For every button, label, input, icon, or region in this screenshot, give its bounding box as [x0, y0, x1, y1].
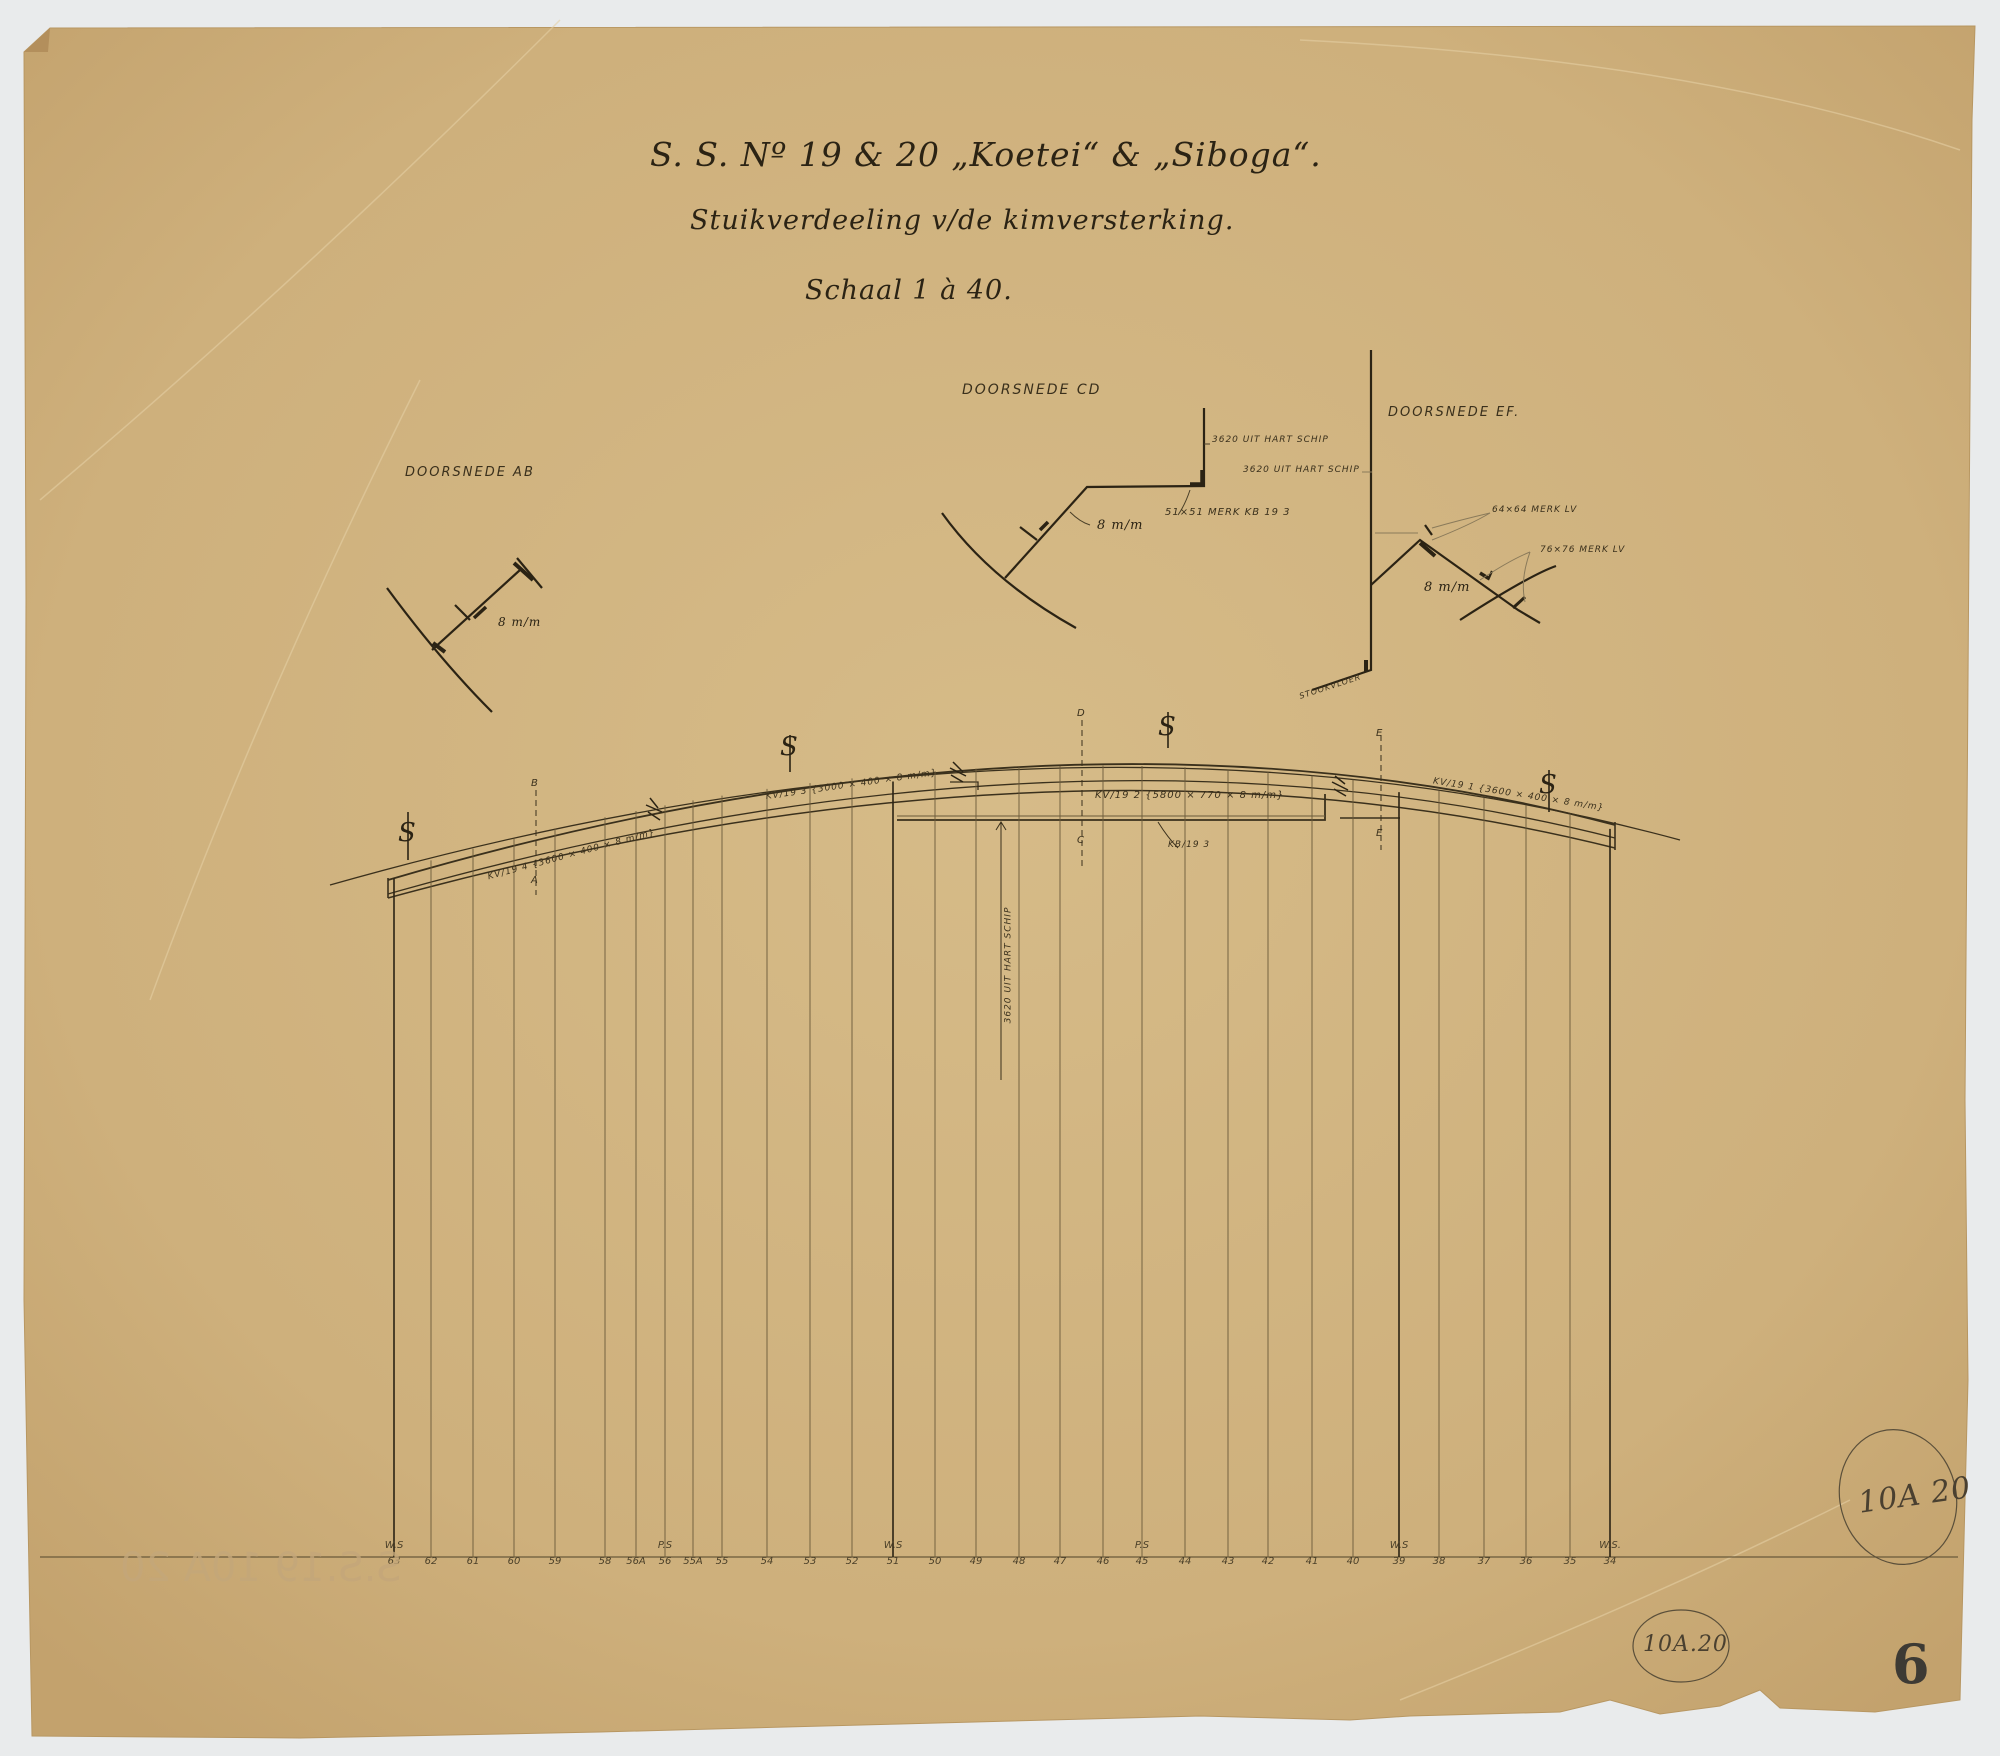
station-label: 53 — [804, 1556, 817, 1567]
section-mark-a: A — [531, 875, 540, 886]
station-label: 49 — [970, 1556, 983, 1567]
station-label: 36 — [1520, 1556, 1533, 1567]
section-cd-dim-2: 3620 UIT HART SCHIP — [1243, 465, 1360, 475]
section-ef-angle-1: 64×64 MERK LV — [1492, 505, 1577, 515]
section-mark-e-top: E — [1376, 728, 1384, 739]
section-mark-d: D — [1077, 708, 1087, 719]
station-label: 45 — [1136, 1556, 1149, 1567]
station-label: 37 — [1478, 1556, 1491, 1567]
station-label: 61 — [467, 1556, 480, 1567]
station-label: 34 — [1604, 1556, 1617, 1567]
station-label: 43 — [1222, 1556, 1235, 1567]
station-label: 58 — [599, 1556, 612, 1567]
section-ab-thickness: 8 m/m — [498, 615, 541, 629]
drawing-sheet: S. S. Nº 19 & 20 „Koetei“ & „Siboga“. St… — [0, 0, 2000, 1756]
station-frame-mark: W.S — [1390, 1540, 1409, 1551]
section-ef-angle-2: 76×76 MERK LV — [1540, 545, 1625, 555]
plate-label-2: KV/19 2 {5800 × 770 × 8 m/m} — [1095, 790, 1284, 801]
station-label: 39 — [1393, 1556, 1406, 1567]
station-label: 52 — [846, 1556, 859, 1567]
centerline-dim-label: 3620 UIT HART SCHIP — [1003, 907, 1013, 1024]
archive-ref-small: 10A.20 — [1643, 1632, 1728, 1657]
station-frame-mark: W.S — [884, 1540, 903, 1551]
joint-symbol: S — [398, 818, 417, 848]
bracket-label: KB/19 3 — [1168, 840, 1210, 850]
station-label: 46 — [1097, 1556, 1110, 1567]
paper-and-linework — [0, 0, 2000, 1756]
title-scale: Schaal 1 à 40. — [805, 275, 1013, 306]
station-label: 55A — [683, 1556, 703, 1567]
station-label: 60 — [508, 1556, 521, 1567]
station-frame-mark: W.S. — [1599, 1540, 1621, 1551]
section-cd-thickness: 8 m/m — [1097, 518, 1143, 533]
joint-symbol: S — [780, 732, 799, 762]
section-mark-e-bottom: E — [1376, 828, 1384, 839]
section-mark-b: B — [531, 778, 540, 789]
section-ab-label: DOORSNEDE AB — [405, 465, 535, 480]
station-label: 44 — [1179, 1556, 1192, 1567]
station-label: 62 — [425, 1556, 438, 1567]
title-subject: Stuikverdeeling v/de kimversterking. — [690, 205, 1234, 236]
station-frame-mark: P.S — [658, 1540, 672, 1551]
joint-symbol: S — [1158, 712, 1177, 742]
station-label: 47 — [1054, 1556, 1067, 1567]
station-label: 55 — [716, 1556, 729, 1567]
station-label: 51 — [887, 1556, 900, 1567]
station-label: 56 — [659, 1556, 672, 1567]
station-label: 56A — [626, 1556, 646, 1567]
section-mark-c: C — [1077, 835, 1086, 846]
mirrored-bleed-through: S.S.19 10A 20 — [120, 1545, 402, 1591]
station-label: 50 — [929, 1556, 942, 1567]
section-ef-thickness: 8 m/m — [1424, 580, 1470, 595]
station-label: 54 — [761, 1556, 774, 1567]
station-label: 35 — [1564, 1556, 1577, 1567]
joint-symbol: S — [1539, 770, 1558, 800]
section-ef-label: DOORSNEDE EF. — [1388, 405, 1520, 420]
station-label: 42 — [1262, 1556, 1275, 1567]
station-frame-mark: P.S — [1135, 1540, 1149, 1551]
title-ship-names: S. S. Nº 19 & 20 „Koetei“ & „Siboga“. — [650, 135, 1322, 174]
station-label: 48 — [1013, 1556, 1026, 1567]
station-label: 38 — [1433, 1556, 1446, 1567]
station-label: 40 — [1347, 1556, 1360, 1567]
section-cd-dim-1: 3620 UIT HART SCHIP — [1212, 435, 1329, 445]
section-cd-angle: 51×51 MERK KB 19 3 — [1165, 507, 1291, 518]
station-label: 59 — [549, 1556, 562, 1567]
station-label: 41 — [1306, 1556, 1319, 1567]
section-cd-label: DOORSNEDE CD — [962, 382, 1101, 398]
sheet-number: 6 — [1892, 1632, 1930, 1696]
